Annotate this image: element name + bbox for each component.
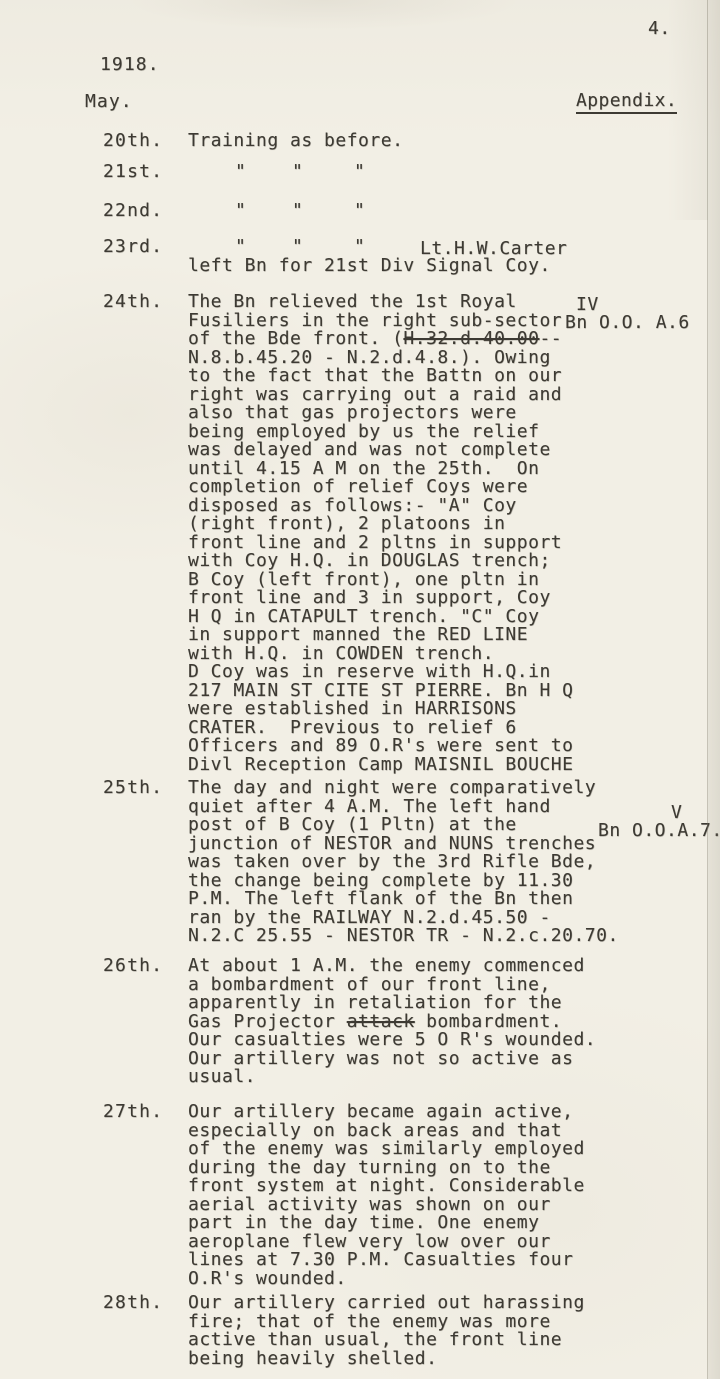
diary-text-line: active than usual, the front line: [188, 1331, 658, 1350]
war-diary-page: 4. 1918. May. Appendix. 20th.Training as…: [0, 0, 720, 1379]
diary-text-line: of the enemy was similarly employed: [188, 1140, 658, 1159]
ditto-mark: ": [235, 202, 246, 221]
ditto-mark: ": [292, 202, 303, 221]
diary-text-line: in support manned the RED LINE: [188, 626, 658, 645]
diary-text-line: to the fact that the Battn on our: [188, 367, 658, 386]
diary-text-line: Our artillery carried out harassing: [188, 1294, 658, 1313]
entry-text: The day and night were comparativelyquie…: [188, 779, 658, 946]
month-label: May.: [85, 93, 133, 112]
entry-text: """: [188, 202, 658, 221]
diary-text-line: At about 1 A.M. the enemy commenced: [188, 957, 658, 976]
ditto-mark: ": [354, 163, 365, 182]
diary-text-line: D Coy was in reserve with H.Q.in: [188, 663, 658, 682]
diary-text-line: was taken over by the 3rd Rifle Bde,: [188, 853, 658, 872]
entry-text: """Lt.H.W.Carterleft Bn for 21st Div Sig…: [188, 238, 658, 275]
entry-text: Our artillery carried out harassingfire;…: [188, 1294, 658, 1368]
entry-inline-note: Lt.H.W.Carter: [420, 240, 567, 259]
entry-date: 27th.: [103, 1103, 163, 1122]
entry-text: Our artillery became again active,especi…: [188, 1103, 658, 1288]
margin-order-ref: Bn O.O. A.6: [565, 314, 690, 333]
diary-text-line: The day and night were comparatively: [188, 779, 658, 798]
diary-text-line: Our artillery became again active,: [188, 1103, 658, 1122]
entry-date: 23rd.: [103, 238, 163, 257]
diary-text-line: Our artillery was not so active as: [188, 1050, 658, 1069]
diary-text-line: post of B Coy (1 Pltn) at the: [188, 816, 658, 835]
entry-date: 24th.: [103, 293, 163, 312]
diary-text-line: front line and 3 in support, Coy: [188, 589, 658, 608]
ditto-marks-row: """Lt.H.W.Carter: [188, 238, 658, 257]
entry-date: 25th.: [103, 779, 163, 798]
ditto-mark: ": [292, 238, 303, 257]
diary-text-line: also that gas projectors were: [188, 404, 658, 423]
diary-text-line: P.M. The left flank of the Bn then: [188, 890, 658, 909]
diary-text-line: front system at night. Considerable: [188, 1177, 658, 1196]
entry-text: At about 1 A.M. the enemy commenceda bom…: [188, 957, 658, 1087]
entry-text: The Bn relieved the 1st RoyalFusiliers i…: [188, 293, 658, 774]
diary-text-line: lines at 7.30 P.M. Casualties four: [188, 1251, 658, 1270]
ditto-mark: ": [292, 163, 303, 182]
diary-text-line: N.2.C 25.55 - NESTOR TR - N.2.c.20.70.: [188, 927, 658, 946]
ditto-mark: ": [354, 202, 365, 221]
ditto-marks-row: """: [188, 163, 658, 182]
diary-text-line: (right front), 2 platoons in: [188, 515, 658, 534]
entry-text: """: [188, 163, 658, 182]
diary-text-line: Training as before.: [188, 132, 658, 151]
diary-text-line: usual.: [188, 1068, 658, 1087]
diary-text-line: completion of relief Coys were: [188, 478, 658, 497]
diary-text-line: Divl Reception Camp MAISNIL BOUCHE: [188, 756, 658, 775]
entry-date: 21st.: [103, 163, 163, 182]
diary-text-line: with Coy H.Q. in DOUGLAS trench;: [188, 552, 658, 571]
diary-text-line: O.R's wounded.: [188, 1270, 658, 1289]
page-number: 4.: [648, 20, 671, 39]
year-label: 1918.: [100, 56, 160, 75]
entry-date: 20th.: [103, 132, 163, 151]
diary-text-line: Our casualties were 5 O R's wounded.: [188, 1031, 658, 1050]
entry-date: 26th.: [103, 957, 163, 976]
diary-text-line: left Bn for 21st Div Signal Coy.: [188, 257, 658, 276]
entry-text: Training as before.: [188, 132, 658, 151]
entry-date: 28th.: [103, 1294, 163, 1313]
ditto-mark: ": [235, 238, 246, 257]
ditto-mark: ": [354, 238, 365, 257]
entry-date: 22nd.: [103, 202, 163, 221]
ditto-mark: ": [235, 163, 246, 182]
appendix-heading: Appendix.: [576, 92, 677, 114]
margin-order-ref: Bn O.O.A.7.: [598, 822, 720, 841]
struck-out-text: H.32.d.40.00: [403, 328, 539, 349]
diary-text-line: was delayed and was not complete: [188, 441, 658, 460]
diary-text-line: apparently in retaliation for the: [188, 994, 658, 1013]
diary-text-line: Officers and 89 O.R's were sent to: [188, 737, 658, 756]
ditto-marks-row: """: [188, 202, 658, 221]
diary-text-line: being heavily shelled.: [188, 1350, 658, 1369]
diary-text-line: were established in HARRISONS: [188, 700, 658, 719]
diary-text-line: part in the day time. One enemy: [188, 1214, 658, 1233]
